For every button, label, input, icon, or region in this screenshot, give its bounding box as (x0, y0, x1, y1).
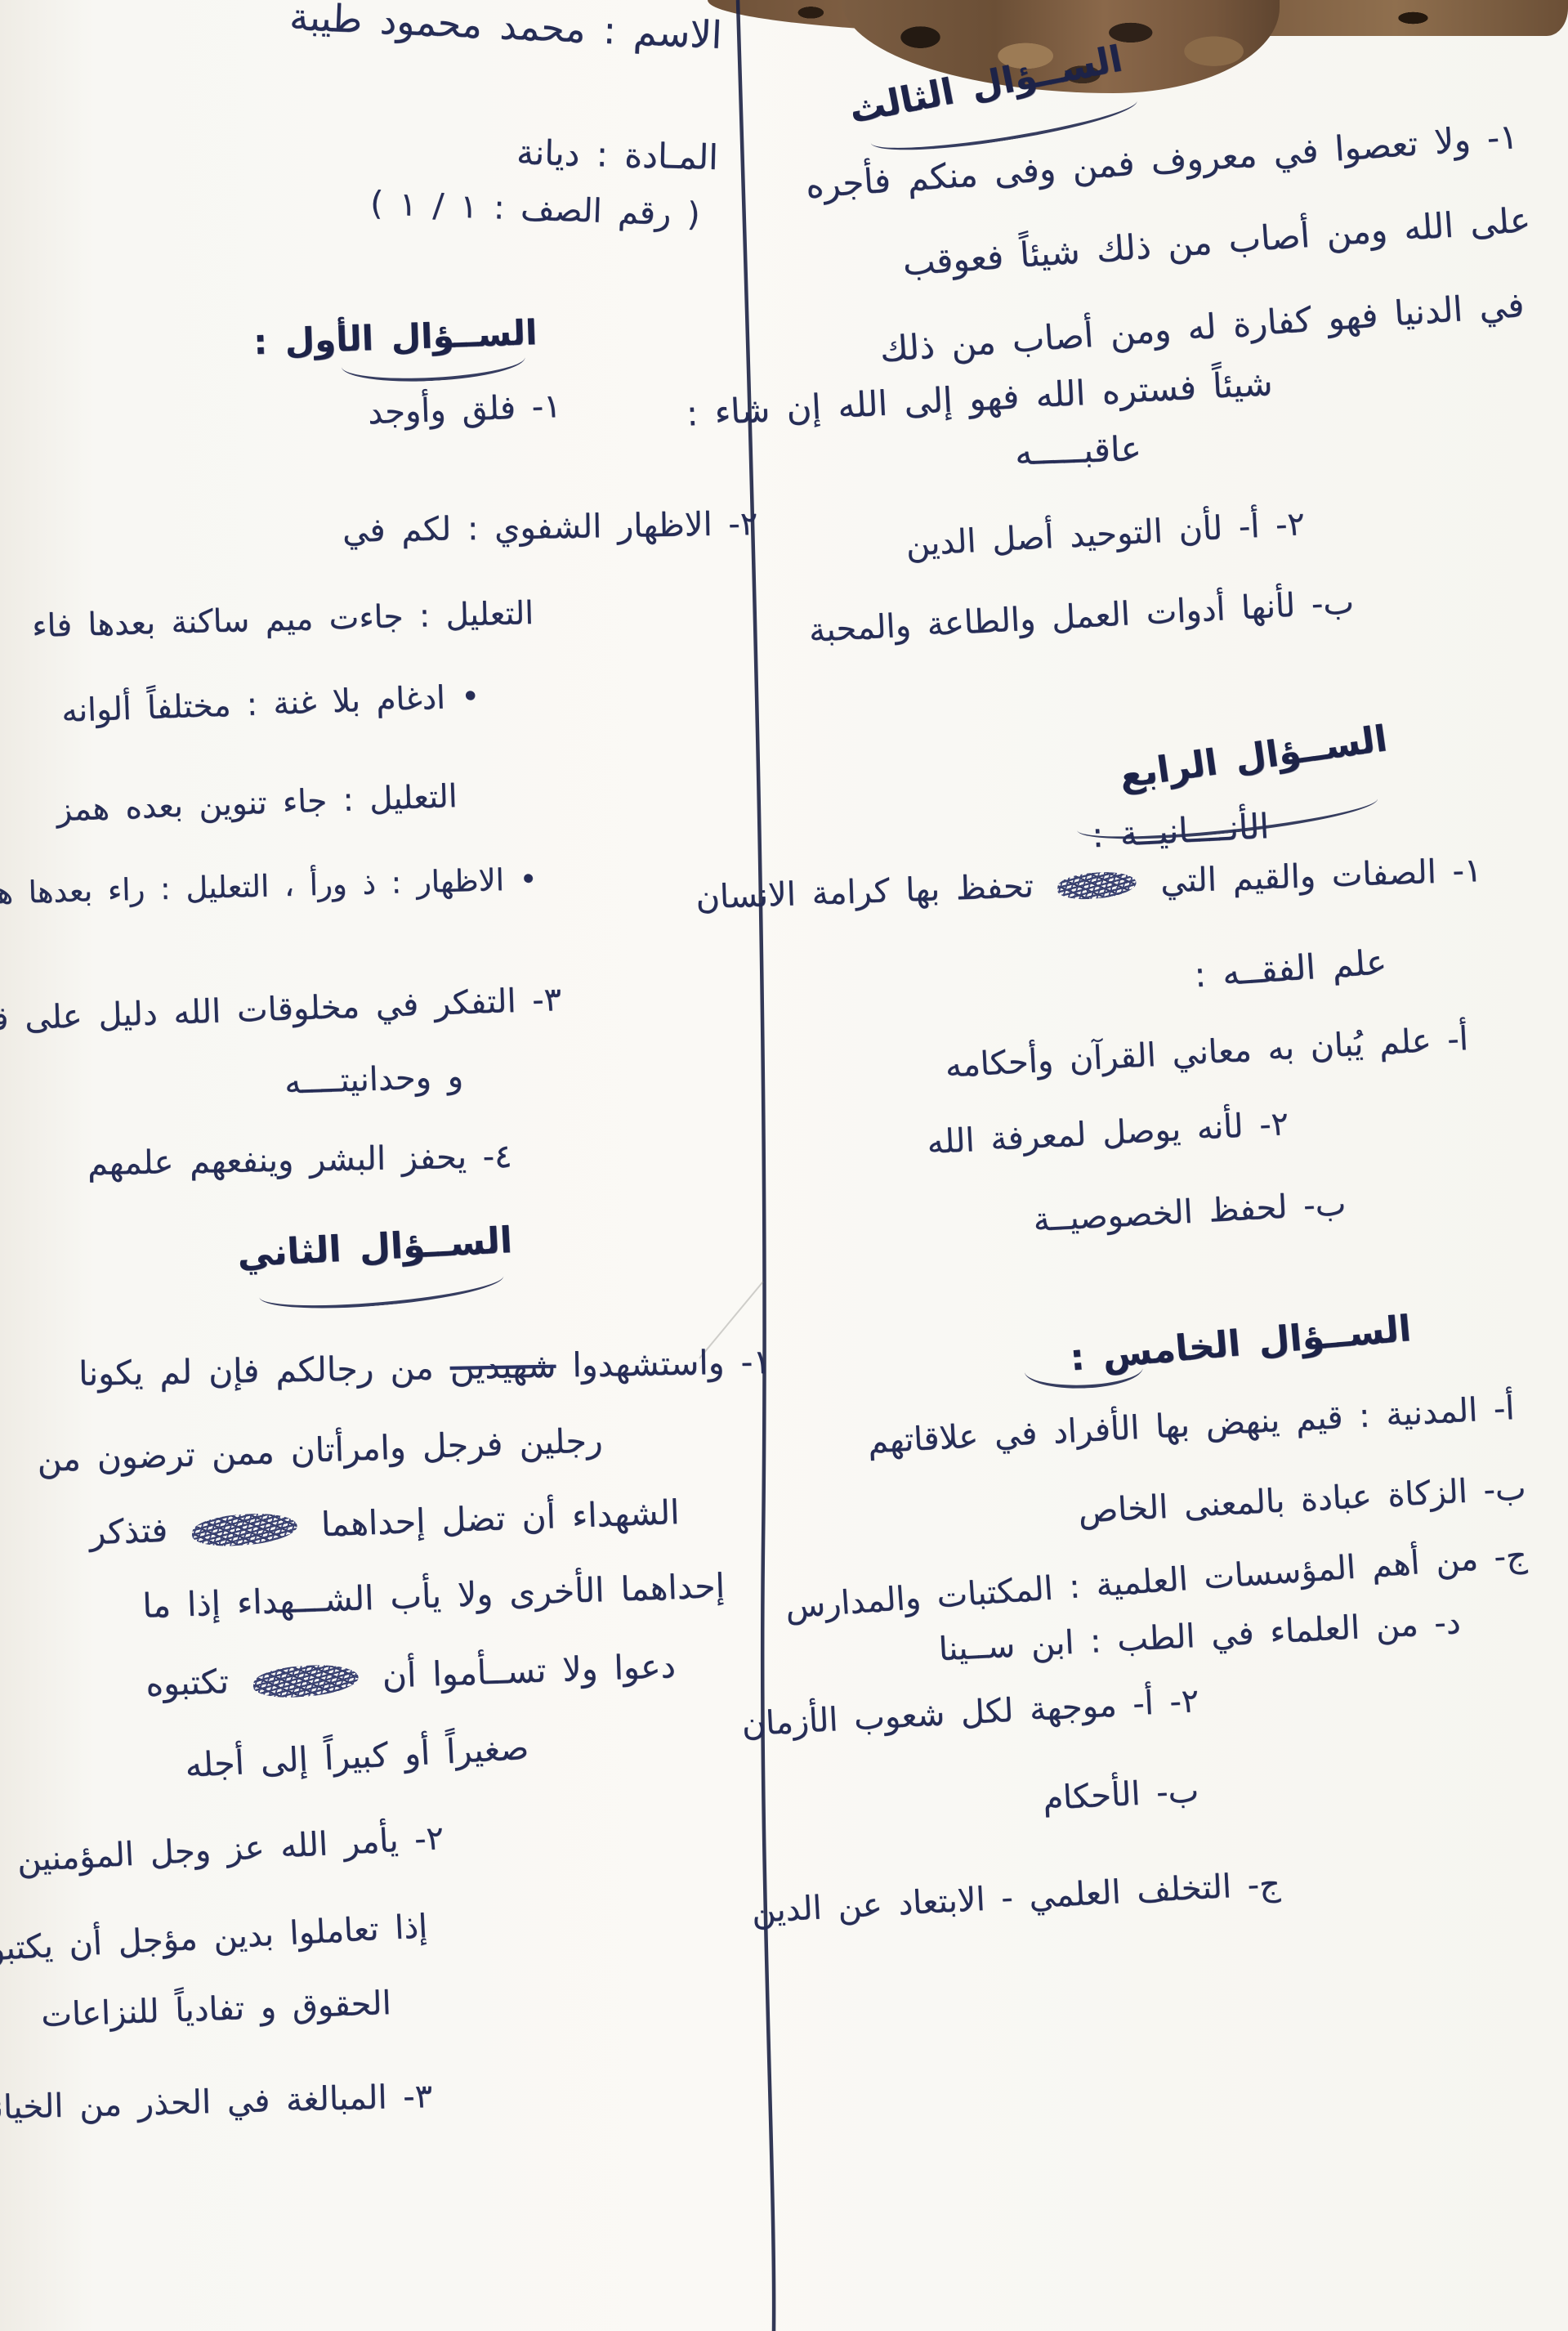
verse-segment: تكتبوه (145, 1662, 230, 1704)
answer-heading: علم الفقــه : (1193, 942, 1388, 995)
answer-line: و وحدانيتــــه (284, 1058, 464, 1102)
answer-line: ١- فلق وأوجد (368, 387, 562, 432)
verse-line: صغيراً أو كبيراً إلى أجله (184, 1728, 529, 1785)
answer-line: ٢- أ- لأن التوحيد أصل الدين (905, 505, 1307, 564)
answer-line: • ادغام بلا غنة : مختلفاً ألوانه (60, 678, 480, 730)
verse-line: رجلين فرجل وامرأتان ممن ترضون من (36, 1421, 603, 1479)
answer-line: ٢- أ- موجهة لكل شعوب الأزمان (740, 1682, 1199, 1743)
answer-line: أ- المدنية : قيم ينهض بها الأفراد في علا… (867, 1389, 1516, 1461)
answer-line: ٤- يحفز البشر وينفعهم علمهم (87, 1138, 512, 1183)
answer-line: ج- التخلف العلمي - الابتعاد عن الدين (751, 1865, 1281, 1931)
class-number-line: ( رقم الصف : ١ / ١ ) (370, 185, 701, 234)
verse-line: ١- واستشهدوا شهيدين من رجالكم فإن لم يكو… (78, 1342, 771, 1394)
answer-segment: ١- الصفات والقيم التي (1159, 852, 1482, 901)
hadith-line: شيئاً فستره الله فهو إلى الله إن شاء : (685, 363, 1273, 434)
verse-line: الشهداء أن تضل إحداهما فتذكر (88, 1492, 680, 1552)
verse-segment: من رجالكم فإن لم يكونا (78, 1348, 433, 1394)
answer-line: التعليل : جاء تنوين بعده همز (56, 778, 458, 829)
answer-line: ب- الأحكام (1042, 1772, 1199, 1818)
struck-word: شهيدين (449, 1346, 556, 1387)
student-name-line: الاسم : محمد محمود طيبة (288, 0, 722, 57)
scribble-mark (190, 1510, 299, 1549)
question-2-title: الســؤال الثاني (236, 1219, 513, 1276)
answer-line: ٢- يأمر الله عز وجل المؤمنين أمر ندب واس… (0, 1819, 444, 1894)
answer-line: الحقوق و تفادياً للنزاعات (41, 1984, 392, 2034)
answer-line: ب- الزكاة عبادة بالمعنى الخاص (1077, 1470, 1526, 1531)
answer-line: ٣- التفكر في مخلوقات الله دليل على قدرته (0, 981, 562, 1040)
answer-line: التعليل : جاءت ميم ساكنة بعدها فاء (32, 595, 534, 645)
answer-line: ٢- لأنه يوصل لمعرفة الله (926, 1105, 1289, 1161)
answer-line: د- من العلماء في الطب : ابن ســينا (937, 1604, 1461, 1668)
verse-segment: دعوا ولا تســأموا أن (382, 1646, 677, 1696)
verse-segment: الشهداء أن تضل إحداهما (320, 1492, 680, 1544)
underline (1025, 1363, 1144, 1390)
exam-page: { "page": { "type": "handwritten-exam-an… (0, 0, 1568, 2331)
verse-segment: فتذكر (88, 1510, 168, 1552)
verse-line: إحداهما الأخرى ولا يأب الشـــهداء إذا ما (142, 1566, 726, 1626)
divider-line (738, 0, 774, 2331)
answer-line: ١- الصفات والقيم التي تحفظ بها كرامة الا… (695, 852, 1481, 917)
scribble-mark (1056, 870, 1138, 902)
hadith-line: في الدنيا فهو كفارة له ومن أصاب من ذلك (878, 284, 1526, 369)
verse-line: دعوا ولا تســأموا أن تكتبوه (145, 1646, 677, 1704)
question-4-title: الســؤال الرابع (1116, 718, 1389, 796)
verse-segment: ١- واستشهدوا (572, 1342, 771, 1385)
subject-line: المـادة : ديانة (516, 132, 719, 177)
underline (259, 1272, 505, 1316)
answer-line: • الاظهار : ذ ورأ ، التعليل : راء بعدها … (0, 861, 538, 912)
answer-line: ب- لأنها أدوات العمل والطاعة والمحبة (808, 584, 1355, 650)
answer-heading: الأنــــانيــة : (1091, 806, 1270, 855)
answer-line: أ- علم يُبان به معاني القرآن وأحكامه (945, 1020, 1469, 1085)
answer-line: ٣- المبالغة في الحذر من الخيانة والمماطل… (0, 2078, 433, 2131)
hadith-line: على الله ومن أصاب من ذلك شيئاً فعوقب (901, 199, 1531, 284)
hadith-line: ١- ولا تعصوا في معروف فمن وفى منكم فأجره (804, 116, 1519, 206)
answer-segment: تحفظ بها كرامة الانسان (695, 867, 1034, 916)
scribble-mark (251, 1662, 360, 1700)
answer-line: ب- لحفظ الخصوصيــة (1032, 1185, 1347, 1239)
answer-line: إذا تعاملوا بدين مؤجل أن يكتبوه حفاظاً ع… (0, 1908, 428, 1978)
hadith-line: عاقبـــــه (1015, 428, 1142, 472)
answer-line: ٢- الاظهار الشفوي : لكم في (342, 505, 757, 550)
